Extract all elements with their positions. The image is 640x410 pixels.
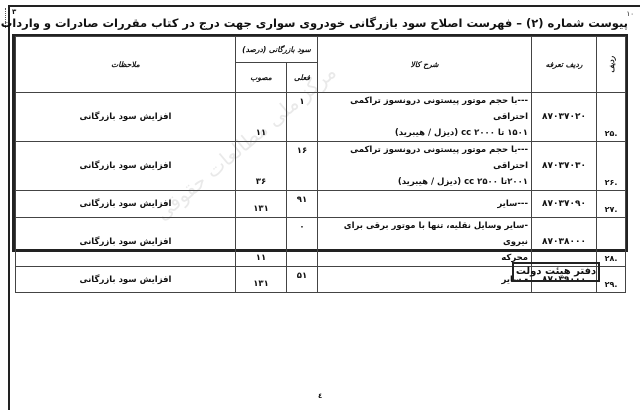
actual-profit: ۰ xyxy=(287,218,318,267)
tariff-table: ردیف ردیف تعرفه شرح کالا سود بازرگانی (د… xyxy=(15,36,626,293)
tariff-table-container: ردیف ردیف تعرفه شرح کالا سود بازرگانی (د… xyxy=(12,34,628,252)
table-row: .۲۷ ۸۷۰۳۷۰۹۰ ---سایر ۹۱ ۱۳۱ افزایش سود ب… xyxy=(16,191,626,218)
row-number: .۲۹ xyxy=(597,267,626,293)
cabinet-office-stamp: دفتر هیئت دولت xyxy=(512,262,600,282)
approved-profit: ۱۱ xyxy=(236,93,287,142)
actual-profit: ۹۱ xyxy=(287,191,318,218)
footer-page-number: ٤ xyxy=(318,392,322,400)
approved-profit: ۱۳۱ xyxy=(236,191,287,218)
header-tariff-code: ردیف تعرفه xyxy=(532,37,597,93)
notes: افزایش سود بازرگانی xyxy=(16,93,236,142)
approved-profit: ۱۳۱ xyxy=(236,267,287,293)
header-commercial-profit: سود بازرگانی (درصد) xyxy=(236,37,318,63)
header-description: شرح کالا xyxy=(318,37,532,93)
description: ---با حجم موتور پیستونی درونسوز تراکمی ا… xyxy=(318,142,532,191)
table-row: .۲۵ ۸۷۰۳۷۰۲۰ ---با حجم موتور پیستونی درو… xyxy=(16,93,626,142)
description: -سایر وسایل نقلیه، تنها با موتور برقی بر… xyxy=(318,218,532,267)
actual-profit: ۱۶ xyxy=(287,142,318,191)
actual-profit: ۵۱ xyxy=(287,267,318,293)
row-number: .۲۵ xyxy=(597,93,626,142)
tariff-code: ۸۷۰۳۸۰۰۰ xyxy=(532,218,597,267)
row-number: .۲۶ xyxy=(597,142,626,191)
left-border-rule xyxy=(8,5,10,410)
notes: افزایش سود بازرگانی xyxy=(16,191,236,218)
header-actual: فعلی xyxy=(287,63,318,93)
header-approved: مصوب xyxy=(236,63,287,93)
table-row: .۲۸ ۸۷۰۳۸۰۰۰ -سایر وسایل نقلیه، تنها با … xyxy=(16,218,626,267)
actual-profit: ۱ xyxy=(287,93,318,142)
header-row-number: ردیف xyxy=(597,37,626,93)
description: - سایر xyxy=(318,267,532,293)
notes: افزایش سود بازرگانی xyxy=(16,218,236,267)
approved-profit: ۳۶ xyxy=(236,142,287,191)
notes: افزایش سود بازرگانی xyxy=(16,267,236,293)
description: ---سایر xyxy=(318,191,532,218)
notes: افزایش سود بازرگانی xyxy=(16,142,236,191)
row-number: .۲۷ xyxy=(597,191,626,218)
top-border-rule xyxy=(8,5,640,7)
row-number: .۲۸ xyxy=(597,218,626,267)
description: ---با حجم موتور پیستونی درونسوز تراکمی ا… xyxy=(318,93,532,142)
document-title: پیوست شماره (۲) – فهرست اصلاح سود بازرگا… xyxy=(18,14,632,32)
header-notes: ملاحظات xyxy=(16,37,236,93)
table-row: .۲۶ ۸۷۰۳۷۰۳۰ ---با حجم موتور پیستونی درو… xyxy=(16,142,626,191)
tariff-code: ۸۷۰۳۷۰۹۰ xyxy=(532,191,597,218)
approved-profit: ۱۱ xyxy=(236,218,287,267)
tariff-code: ۸۷۰۳۷۰۳۰ xyxy=(532,142,597,191)
tariff-code: ۸۷۰۳۷۰۲۰ xyxy=(532,93,597,142)
